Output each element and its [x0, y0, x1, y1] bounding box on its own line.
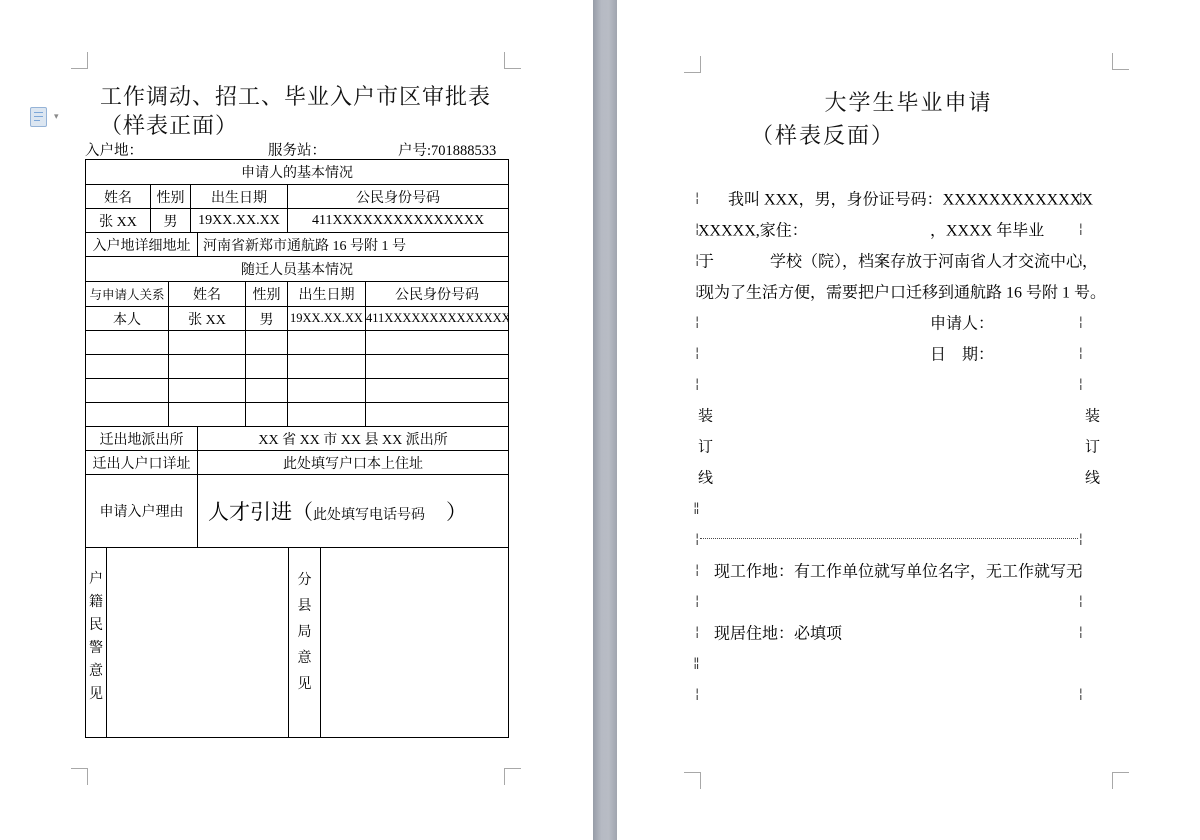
form-line: ¦¦	[698, 492, 1080, 523]
table-cell	[321, 548, 509, 738]
vertical-label-char: 民	[86, 614, 106, 637]
table-cell	[169, 355, 246, 379]
table-cell: 411XXXXXXXXXXXXXXX	[366, 307, 509, 331]
paste-options-button[interactable]: ▾	[28, 106, 68, 130]
body-text: 我叫 XXX，男，身份证号码：XXXXXXXXXXXXX	[728, 186, 1093, 209]
dashed-border-mark: ¦	[695, 593, 699, 608]
table-cell: 姓名	[86, 185, 151, 209]
text-boundary-mark	[684, 772, 701, 789]
table-cell: 性别	[151, 185, 191, 209]
dashed-border-mark: ¦	[695, 531, 699, 546]
table-row	[86, 379, 509, 403]
table-cell: 迁出人户口详址	[86, 451, 198, 475]
double-dashed-border-mark: ¦¦	[693, 655, 698, 670]
cell-text: 人才引进（	[208, 500, 313, 524]
dashed-border-mark: ¦	[695, 686, 699, 701]
application-subtitle: （样表反面）	[751, 119, 895, 150]
form-line: 装装	[698, 399, 1080, 430]
application-title: 大学生毕业申请	[617, 86, 1200, 117]
service-station-field-label: 服务站：	[268, 139, 326, 160]
body-text: 现工作地：有工作单位就写单位名字，无工作就写无	[714, 558, 1082, 581]
table-cell: 入户地详细地址	[86, 233, 198, 257]
table-cell: 出生日期	[288, 282, 366, 307]
table-cell	[246, 379, 288, 403]
dashed-border-mark: ¦	[1079, 624, 1083, 639]
document-workspace: ▾ 工作调动、招工、毕业入户市区审批表 （样表正面） 入户地： 服务站： 户号:…	[0, 0, 1200, 840]
dashed-border-mark: ¦	[1079, 593, 1083, 608]
table-row: 与申请人关系姓名性别出生日期公民身份号码	[86, 282, 509, 307]
form-line: ¦¦XXXXX,家住：，XXXX 年毕业	[698, 213, 1080, 244]
table-cell: 姓名	[169, 282, 246, 307]
body-text: 学校（院），档案存放于河南省人才交流中心，	[770, 248, 1098, 271]
dashed-border-mark: ¦	[1079, 686, 1083, 701]
vertical-label-char: 户	[86, 568, 106, 591]
table-cell: 与申请人关系	[86, 282, 169, 307]
form-line: 订订	[698, 430, 1080, 461]
table-row: 姓名性别出生日期公民身份号码	[86, 185, 509, 209]
page-back: 大学生毕业申请 （样表反面） ¦¦我叫 XXX，男，身份证号码：XXXXXXXX…	[617, 0, 1200, 840]
table-row	[86, 355, 509, 379]
form-line: ¦¦	[698, 523, 1080, 554]
body-text: XXXXX,家住：	[698, 217, 808, 240]
vertical-label-cell: 分县局意见	[289, 548, 321, 738]
body-text: 于	[698, 248, 714, 271]
dashed-border-mark: ¦	[1079, 531, 1083, 546]
binding-line-char-left: 线	[698, 466, 713, 487]
table-cell: 此处填写户口本上住址	[198, 451, 509, 475]
table-cell	[288, 331, 366, 355]
vertical-label-char: 意	[86, 660, 106, 683]
table-row: 本人张 XX男19XX.XX.XX411XXXXXXXXXXXXXXX	[86, 307, 509, 331]
table-cell: 申请人的基本情况	[86, 160, 509, 185]
body-text: 申请人：	[930, 310, 994, 333]
table-cell: 申请入户理由	[86, 475, 198, 548]
table-row: 随迁人员基本情况	[86, 257, 509, 282]
table-row: 申请人的基本情况	[86, 160, 509, 185]
table-cell	[246, 355, 288, 379]
table-cell	[288, 355, 366, 379]
table-cell	[288, 403, 366, 427]
table-cell: 411XXXXXXXXXXXXXXX	[288, 209, 509, 233]
form-line: ¦¦现工作地：有工作单位就写单位名字，无工作就写无	[698, 554, 1080, 585]
table-cell	[246, 403, 288, 427]
text-boundary-mark	[1112, 772, 1129, 789]
form-title-line2: （样表正面）	[100, 111, 491, 140]
binding-line-char-left: 装	[698, 404, 713, 425]
table-cell: 随迁人员基本情况	[86, 257, 509, 282]
vertical-label-char: 警	[86, 637, 106, 660]
table-cell	[246, 331, 288, 355]
table-cell	[366, 355, 509, 379]
form-header-fields: 入户地： 服务站： 户号:701888533	[85, 139, 508, 157]
text-boundary-mark	[504, 52, 521, 69]
table-cell: 公民身份号码	[288, 185, 509, 209]
table-cell: 男	[151, 209, 191, 233]
table-cell: 性别	[246, 282, 288, 307]
cell-text: ）	[425, 500, 467, 524]
table-cell	[169, 379, 246, 403]
vertical-label-cell: 户籍民警意见	[86, 548, 107, 738]
approval-form-table: 申请人的基本情况姓名性别出生日期公民身份号码张 XX男19XX.XX.XX411…	[85, 159, 509, 738]
table-cell: 迁出地派出所	[86, 427, 198, 451]
table-row: 张 XX男19XX.XX.XX411XXXXXXXXXXXXXXX	[86, 209, 509, 233]
vertical-label-char: 见	[86, 683, 106, 706]
table-cell: 19XX.XX.XX	[288, 307, 366, 331]
table-row: 迁出人户口详址此处填写户口本上住址	[86, 451, 509, 475]
text-boundary-mark	[504, 768, 521, 785]
table-cell: 河南省新郑市通航路 16 号附 1 号	[198, 233, 509, 257]
table-cell: 出生日期	[191, 185, 288, 209]
form-line: ¦¦	[698, 368, 1080, 399]
table-cell	[366, 403, 509, 427]
table-cell	[107, 548, 289, 738]
table-cell	[366, 379, 509, 403]
table-cell	[86, 331, 169, 355]
table-cell	[288, 379, 366, 403]
dashed-border-mark: ¦	[695, 345, 699, 360]
form-line: ¦¦于学校（院），档案存放于河南省人才交流中心，	[698, 244, 1080, 275]
double-dashed-border-mark: ¦¦	[693, 500, 698, 515]
chevron-down-icon[interactable]: ▾	[54, 112, 59, 122]
account-number-field: 户号:701888533	[398, 139, 496, 160]
text-boundary-mark	[1112, 53, 1129, 70]
body-text: 现为了生活方便，需要把户口迁移到通航路 16 号附 1 号。	[698, 279, 1106, 302]
vertical-label-char: 籍	[86, 591, 106, 614]
table-row	[86, 331, 509, 355]
text-boundary-mark	[684, 56, 701, 73]
dashed-border-mark: ¦	[695, 376, 699, 391]
page-divider	[593, 0, 617, 840]
binding-line-char-right: 线	[1085, 466, 1100, 487]
vertical-label-char: 见	[289, 672, 320, 698]
paste-options-icon[interactable]	[30, 107, 47, 127]
table-cell	[366, 331, 509, 355]
table-row: 入户地详细地址河南省新郑市通航路 16 号附 1 号	[86, 233, 509, 257]
dashed-border-mark: ¦	[695, 190, 699, 205]
text-boundary-mark	[71, 52, 88, 69]
application-body: ¦¦我叫 XXX，男，身份证号码：XXXXXXXXXXXXX¦¦XXXXX,家住…	[698, 182, 1080, 709]
residence-field-label: 入户地：	[85, 139, 143, 160]
table-cell: 男	[246, 307, 288, 331]
table-row: 迁出地派出所XX 省 XX 市 XX 县 XX 派出所	[86, 427, 509, 451]
body-text: 现居住地：必填项	[714, 620, 842, 643]
page-front: ▾ 工作调动、招工、毕业入户市区审批表 （样表正面） 入户地： 服务站： 户号:…	[0, 0, 593, 840]
table-cell: 19XX.XX.XX	[191, 209, 288, 233]
form-line: ¦¦日 期：	[698, 337, 1080, 368]
table-cell	[86, 355, 169, 379]
table-row: 申请入户理由人才引进（此处填写电话号码 ）	[86, 475, 509, 548]
dashed-border-mark: ¦	[1079, 314, 1083, 329]
dashed-border-mark: ¦	[1079, 345, 1083, 360]
table-cell	[169, 403, 246, 427]
dashed-border-mark: ¦	[695, 624, 699, 639]
form-line: ¦¦	[698, 678, 1080, 709]
table-cell	[169, 331, 246, 355]
body-text: 日 期：	[930, 341, 994, 364]
dashed-border-mark: ¦	[1079, 221, 1083, 236]
form-line: 线线	[698, 461, 1080, 492]
form-line: ¦¦申请人：	[698, 306, 1080, 337]
table-cell	[86, 379, 169, 403]
binding-line-char-right: 订	[1085, 435, 1100, 456]
text-boundary-mark	[71, 768, 88, 785]
table-cell: 张 XX	[169, 307, 246, 331]
form-line: ¦¦现为了生活方便，需要把户口迁移到通航路 16 号附 1 号。	[698, 275, 1080, 306]
dashed-border-mark: ¦	[695, 314, 699, 329]
binding-line-char-right: 装	[1085, 404, 1100, 425]
table-cell: 人才引进（此处填写电话号码 ）	[198, 475, 509, 548]
table-cell: 公民身份号码	[366, 282, 509, 307]
cell-text: 此处填写电话号码	[313, 508, 425, 523]
body-text: ，XXXX 年毕业	[930, 217, 1044, 240]
table-row	[86, 403, 509, 427]
table-cell	[86, 403, 169, 427]
form-title-line1: 工作调动、招工、毕业入户市区审批表	[100, 82, 491, 111]
dashed-border-mark: ¦	[695, 562, 699, 577]
binding-line-char-left: 订	[698, 435, 713, 456]
vertical-label-char: 意	[289, 646, 320, 672]
form-line: ¦¦	[698, 647, 1080, 678]
vertical-label-char: 分	[289, 568, 320, 594]
form-line: ¦¦	[698, 585, 1080, 616]
table-cell: XX 省 XX 市 XX 县 XX 派出所	[198, 427, 509, 451]
dotted-separator-line	[700, 538, 1078, 539]
table-row: 户籍民警意见分县局意见	[86, 548, 509, 738]
form-line: ¦¦我叫 XXX，男，身份证号码：XXXXXXXXXXXXX	[698, 182, 1080, 213]
form-title: 工作调动、招工、毕业入户市区审批表 （样表正面）	[100, 82, 491, 140]
vertical-label-char: 局	[289, 620, 320, 646]
table-cell: 张 XX	[86, 209, 151, 233]
vertical-label-char: 县	[289, 594, 320, 620]
dashed-border-mark: ¦	[1079, 376, 1083, 391]
table-cell: 本人	[86, 307, 169, 331]
form-line: ¦¦现居住地：必填项	[698, 616, 1080, 647]
